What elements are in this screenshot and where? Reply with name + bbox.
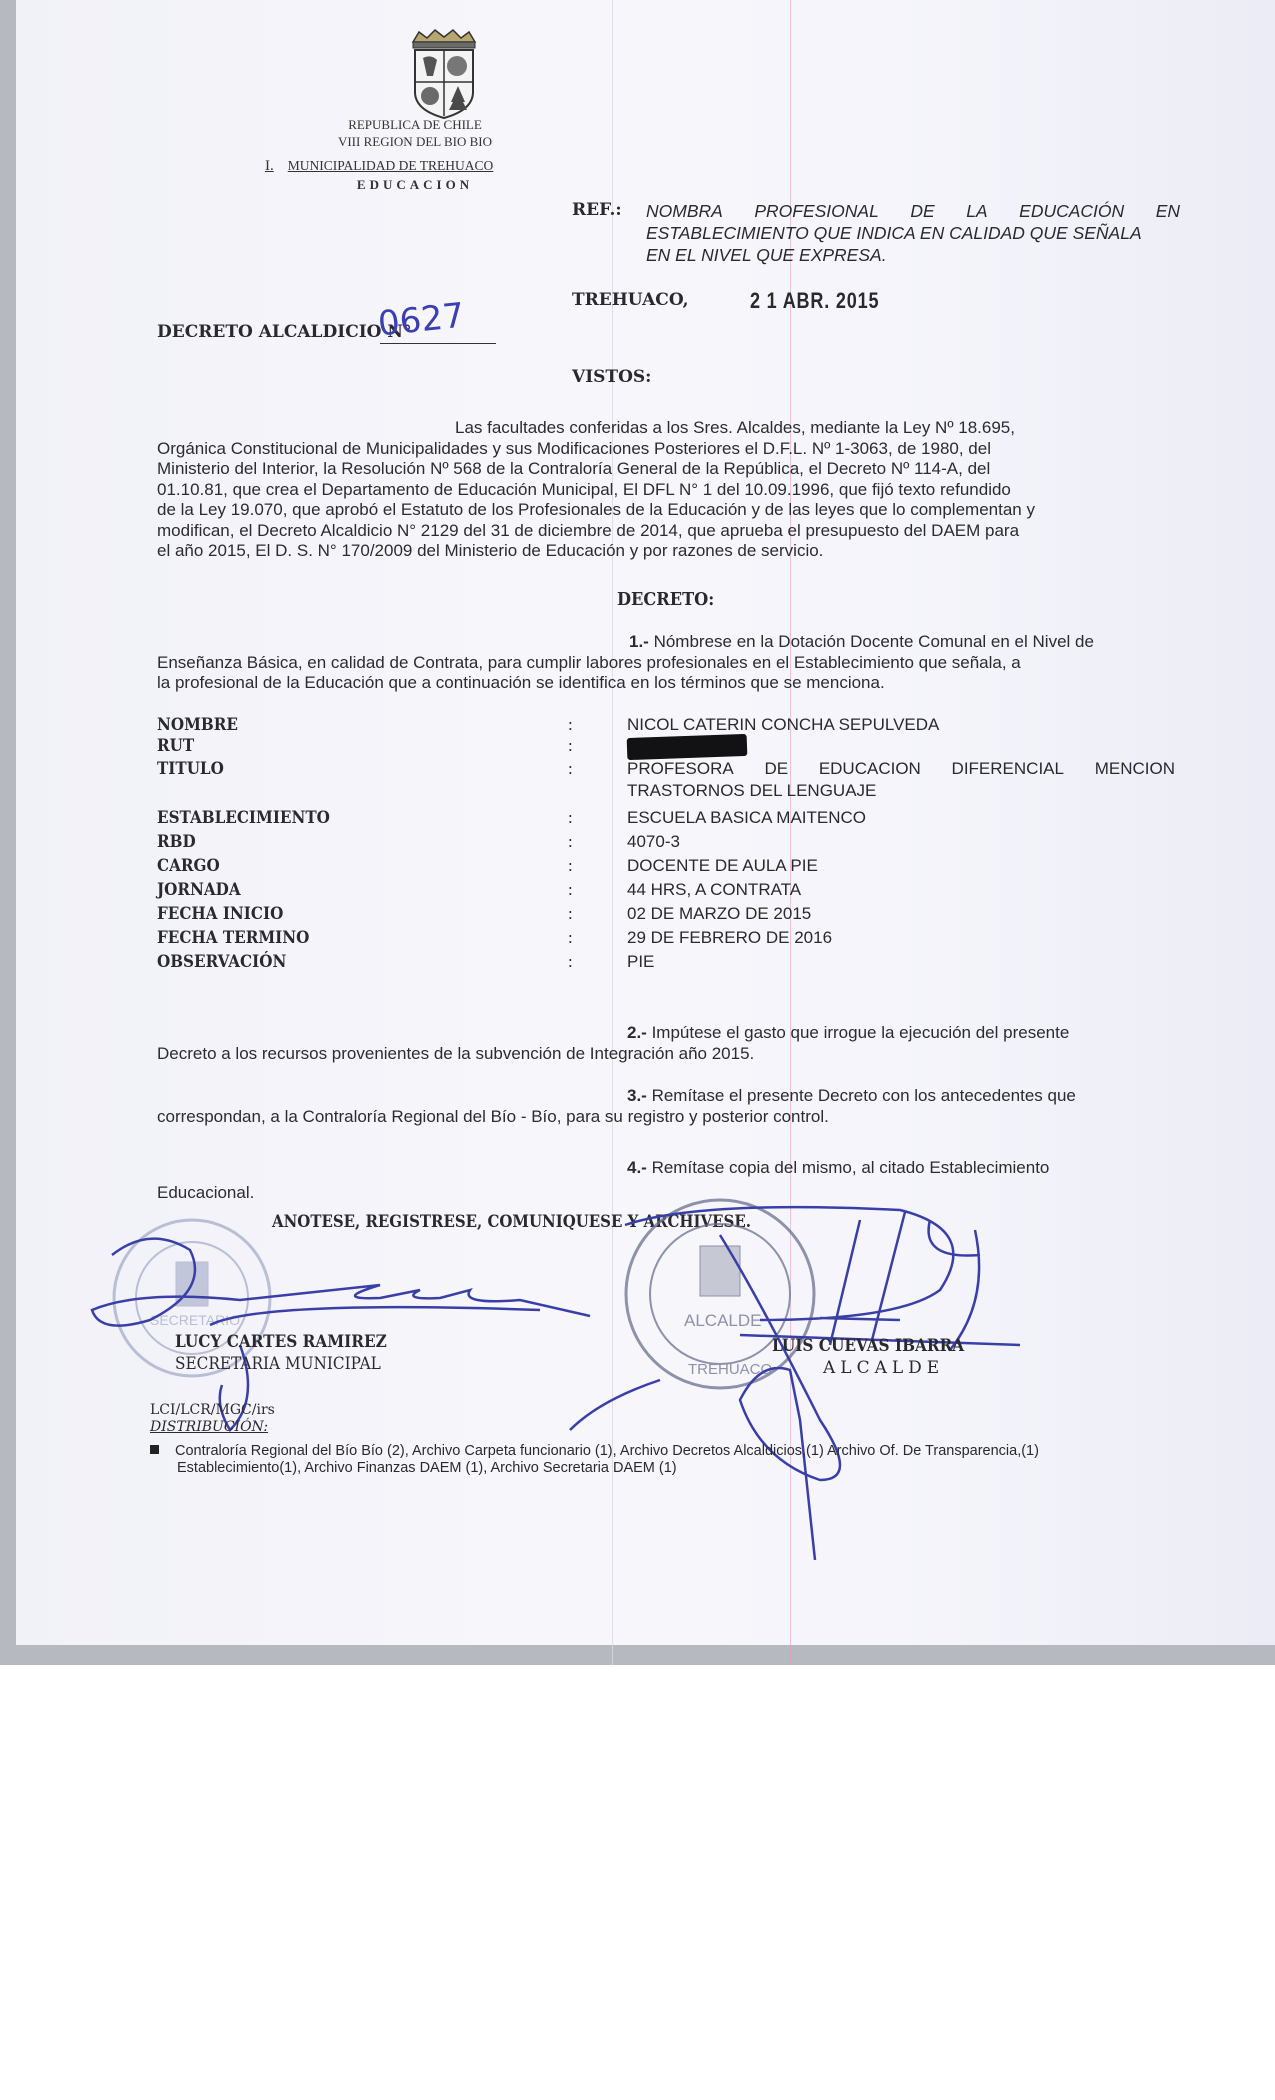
field-row-fecha-termino: FECHA TERMINO : 29 DE FEBRERO DE 2016 (157, 928, 1179, 948)
item-number: 2.- (627, 1023, 647, 1042)
decreto-item-3: 3.- Remítase el presente Decreto con los… (157, 1086, 1179, 1127)
decreto-item-2: 2.- Impútese el gasto que irrogue la eje… (157, 1023, 1179, 1064)
ref-text: NOMBRA PROFESIONAL DE LA EDUCACIÓN EN ES… (646, 200, 1180, 266)
decreto-item-1: 1.- Nómbrese en la Dotación Docente Comu… (157, 632, 1179, 694)
field-row-fecha-inicio: FECHA INICIO : 02 DE MARZO DE 2015 (157, 904, 1179, 924)
vistos-line: modifican, el Decreto Alcaldicio N° 2129… (157, 521, 1179, 542)
item-number: 1.- (629, 632, 649, 651)
vistos-line: Orgánica Constitucional de Municipalidad… (157, 439, 1179, 460)
place: TREHUACO, (572, 290, 689, 310)
vistos-paragraph: Las facultades conferidas a los Sres. Al… (157, 418, 1179, 562)
distribution-heading: DISTRIBUCIÓN: (150, 1419, 268, 1435)
secretary-name: LUCY CARTES RAMIREZ (175, 1332, 387, 1352)
item-number: 3.- (627, 1086, 647, 1105)
header-department: EDUCACION (250, 177, 580, 193)
decreto-heading: DECRETO: (617, 589, 714, 610)
field-row-nombre: NOMBRE : NICOL CATERIN CONCHA SEPULVEDA (157, 715, 1179, 735)
ref-label: REF.: (572, 200, 622, 220)
field-row-rut: RUT : (157, 736, 1179, 756)
field-row-observacion: OBSERVACIÓN : PIE (157, 952, 1179, 972)
responsible-initials: LCI/LCR/MGC/irs (150, 1402, 275, 1418)
closing-formula: ANOTESE, REGISTRESE, COMUNIQUESE Y ARCHI… (272, 1212, 751, 1232)
ref-line-2: ESTABLECIMIENTO QUE INDICA EN CALIDAD QU… (646, 222, 1180, 244)
vistos-line: Las facultades conferidas a los Sres. Al… (157, 418, 1179, 439)
coat-of-arms-icon (403, 28, 485, 120)
redaction-block (627, 734, 748, 760)
secretary-title: SECRETARIA MUNICIPAL (175, 1354, 381, 1374)
header-municipality: I.MUNICIPALIDAD DE TREHUACO (265, 158, 595, 175)
distribution-list: Contraloría Regional del Bío Bío (2), Ar… (150, 1443, 1190, 1477)
municipality-name: MUNICIPALIDAD DE TREHUACO (288, 158, 494, 173)
decree-number-label: DECRETO ALCALDICIO N° (157, 322, 411, 342)
vistos-line: el año 2015, El D. S. N° 170/2009 del Mi… (157, 541, 1179, 562)
field-row-jornada: JORNADA : 44 HRS, A CONTRATA (157, 880, 1179, 900)
date-stamp: 2 1 ABR. 2015 (750, 288, 879, 314)
vistos-line: Ministerio del Interior, la Resolución N… (157, 459, 1179, 480)
header-region: VIII REGION DEL BIO BIO (250, 134, 580, 150)
field-row-rbd: RBD : 4070-3 (157, 832, 1179, 852)
decreto-item-4: 4.- Remítase copia del mismo, al citado … (157, 1158, 1179, 1203)
field-row-titulo: TITULO : PROFESORA DE EDUCACION DIFERENC… (157, 759, 1179, 779)
field-row-establecimiento: ESTABLECIMIENTO : ESCUELA BASICA MAITENC… (157, 808, 1179, 828)
decree-number-underline (380, 343, 496, 344)
ref-line-3: EN EL NIVEL QUE EXPRESA. (646, 244, 1180, 266)
vistos-line: 01.10.81, que crea el Departamento de Ed… (157, 480, 1179, 501)
municipality-prefix: I. (265, 158, 274, 174)
bullet-icon (150, 1445, 159, 1454)
mayor-title: ALCALDE (823, 1358, 944, 1378)
item-number: 4.- (627, 1158, 647, 1177)
ref-line-1: NOMBRA PROFESIONAL DE LA EDUCACIÓN EN (646, 200, 1180, 222)
mayor-name: LUIS CUEVAS IBARRA (772, 1336, 964, 1356)
vistos-heading: VISTOS: (572, 367, 651, 387)
header-country: REPUBLICA DE CHILE (250, 117, 580, 133)
field-row-cargo: CARGO : DOCENTE DE AULA PIE (157, 856, 1179, 876)
vistos-line: de la Ley 19.070, que aprobó el Estatuto… (157, 500, 1179, 521)
